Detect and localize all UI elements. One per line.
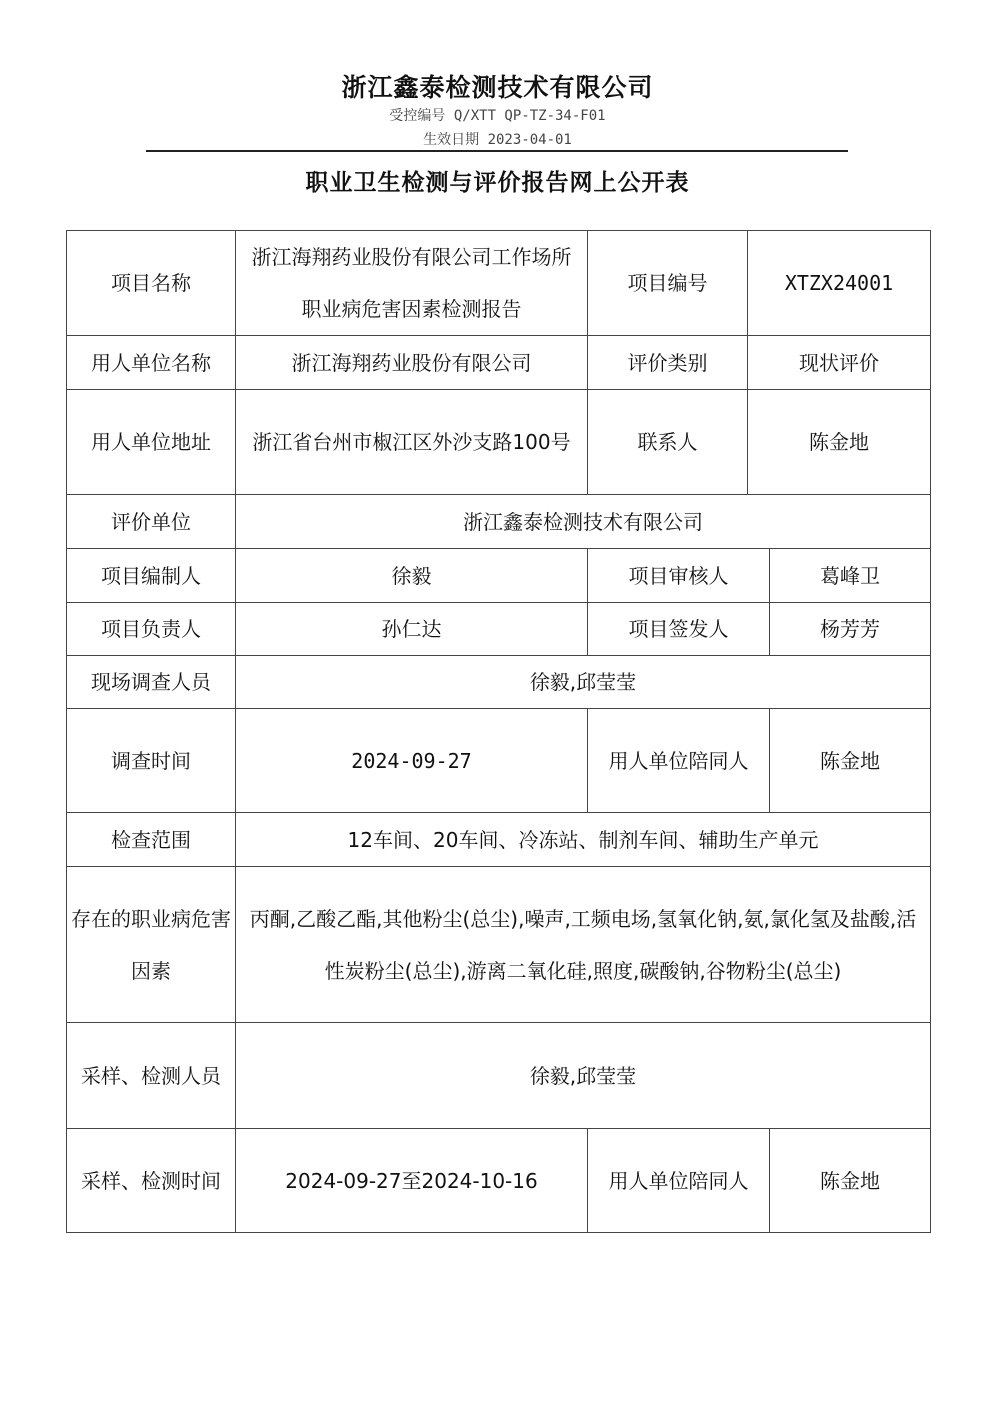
compiler-label: 项目编制人	[67, 549, 236, 603]
survey-time-value: 2024-09-27	[236, 709, 588, 813]
table-row: 采样、检测时间 2024-09-27至2024-10-16 用人单位陪同人 陈金…	[67, 1129, 931, 1233]
table-row: 存在的职业病危害因素 丙酮,乙酸乙酯,其他粉尘(总尘),噪声,工频电场,氢氧化钠…	[67, 867, 931, 1023]
sampling-time-value: 2024-09-27至2024-10-16	[236, 1129, 588, 1233]
disclosure-table: 项目名称 浙江海翔药业股份有限公司工作场所职业病危害因素检测报告 项目编号 XT…	[66, 230, 931, 1233]
company-name: 浙江鑫泰检测技术有限公司	[0, 68, 995, 104]
project-no-label: 项目编号	[588, 231, 748, 336]
employer-name-value: 浙江海翔药业股份有限公司	[236, 336, 588, 390]
eval-type-label: 评价类别	[588, 336, 748, 390]
table-row: 调查时间 2024-09-27 用人单位陪同人 陈金地	[67, 709, 931, 813]
header-divider	[146, 150, 848, 152]
eval-unit-value: 浙江鑫泰检测技术有限公司	[236, 495, 931, 549]
survey-escort-label: 用人单位陪同人	[588, 709, 770, 813]
table-row: 项目编制人 徐毅 项目审核人 葛峰卫	[67, 549, 931, 603]
project-name-label: 项目名称	[67, 231, 236, 336]
project-no-value: XTZX24001	[748, 231, 931, 336]
table-row: 采样、检测人员 徐毅,邱莹莹	[67, 1023, 931, 1129]
table-row: 检查范围 12车间、20车间、冷冻站、制剂车间、辅助生产单元	[67, 813, 931, 867]
sampling-escort-label: 用人单位陪同人	[588, 1129, 770, 1233]
sampling-staff-label: 采样、检测人员	[67, 1023, 236, 1129]
hazards-value: 丙酮,乙酸乙酯,其他粉尘(总尘),噪声,工频电场,氢氧化钠,氨,氯化氢及盐酸,活…	[236, 867, 931, 1023]
issuer-label: 项目签发人	[588, 603, 770, 656]
table-row: 项目名称 浙江海翔药业股份有限公司工作场所职业病危害因素检测报告 项目编号 XT…	[67, 231, 931, 336]
contact-label: 联系人	[588, 390, 748, 495]
table-row: 用人单位名称 浙江海翔药业股份有限公司 评价类别 现状评价	[67, 336, 931, 390]
scope-label: 检查范围	[67, 813, 236, 867]
table-row: 项目负责人 孙仁达 项目签发人 杨芳芳	[67, 603, 931, 656]
contact-value: 陈金地	[748, 390, 931, 495]
leader-value: 孙仁达	[236, 603, 588, 656]
survey-time-label: 调查时间	[67, 709, 236, 813]
table-row: 评价单位 浙江鑫泰检测技术有限公司	[67, 495, 931, 549]
project-name-value: 浙江海翔药业股份有限公司工作场所职业病危害因素检测报告	[236, 231, 588, 336]
document-title: 职业卫生检测与评价报告网上公开表	[0, 164, 995, 197]
effective-date: 生效日期 2023-04-01	[0, 129, 995, 149]
employer-address-label: 用人单位地址	[67, 390, 236, 495]
table-row: 用人单位地址 浙江省台州市椒江区外沙支路100号 联系人 陈金地	[67, 390, 931, 495]
survey-staff-value: 徐毅,邱莹莹	[236, 656, 931, 709]
survey-escort-value: 陈金地	[770, 709, 931, 813]
leader-label: 项目负责人	[67, 603, 236, 656]
control-number: 受控编号 Q/XTT QP-TZ-34-F01	[0, 105, 995, 125]
compiler-value: 徐毅	[236, 549, 588, 603]
reviewer-label: 项目审核人	[588, 549, 770, 603]
sampling-escort-value: 陈金地	[770, 1129, 931, 1233]
scope-value: 12车间、20车间、冷冻站、制剂车间、辅助生产单元	[236, 813, 931, 867]
reviewer-value: 葛峰卫	[770, 549, 931, 603]
employer-name-label: 用人单位名称	[67, 336, 236, 390]
eval-type-value: 现状评价	[748, 336, 931, 390]
issuer-value: 杨芳芳	[770, 603, 931, 656]
survey-staff-label: 现场调查人员	[67, 656, 236, 709]
employer-address-value: 浙江省台州市椒江区外沙支路100号	[236, 390, 588, 495]
sampling-staff-value: 徐毅,邱莹莹	[236, 1023, 931, 1129]
sampling-time-label: 采样、检测时间	[67, 1129, 236, 1233]
table-row: 现场调查人员 徐毅,邱莹莹	[67, 656, 931, 709]
eval-unit-label: 评价单位	[67, 495, 236, 549]
hazards-label: 存在的职业病危害因素	[67, 867, 236, 1023]
